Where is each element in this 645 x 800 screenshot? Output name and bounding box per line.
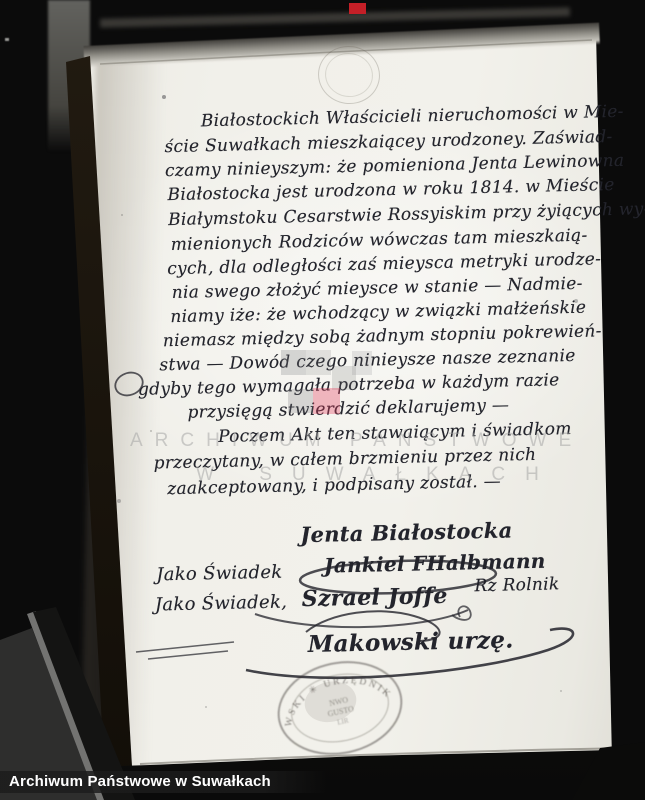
paper-specks (0, 0, 2, 2)
signature-witness2: Szrael Joffe (301, 583, 447, 612)
manuscript-line: przysięgą stwierdzić deklarujemy — (187, 395, 509, 422)
archive-label-band: Archiwum Państwowe w Suwałkach (0, 771, 326, 793)
watermark-text-line1: ARCHIWUM PAŃSTWOWE (130, 430, 583, 452)
signature-official: Makowski urzę. (307, 626, 513, 658)
manuscript-line: Białostockich Właścicieli nieruchomości … (201, 102, 624, 132)
watermark-text-line2: W SUWAŁKACH (196, 464, 559, 486)
stamp-center-text: LIR (337, 717, 350, 727)
witness2-label: Jako Świadek, (155, 592, 288, 616)
signature-witness1: Jankiel FHalbmann (324, 549, 546, 578)
archive-name-label: Archiwum Państwowe w Suwałkach (0, 771, 271, 790)
watermark-logo-gray-square (288, 389, 313, 413)
witness1-label: Jako Świadek (156, 562, 283, 586)
watermark-logo-gray-square (281, 350, 306, 375)
watermark-logo-gray-square (332, 366, 356, 390)
red-top-marker (349, 3, 366, 14)
notary-stamp: WSKI ✳ URZĘDNIK NWO GUSTO LIR (272, 660, 408, 760)
witness1-note: Rz Rolnik (474, 574, 559, 596)
signature-principal: Jenta Białostocka (300, 517, 513, 547)
watermark-logo-gray-square (306, 350, 331, 375)
archival-photo-frame: Białostockich Właścicieli nieruchomości … (0, 0, 645, 800)
watermark-logo-pink-square (313, 388, 340, 414)
